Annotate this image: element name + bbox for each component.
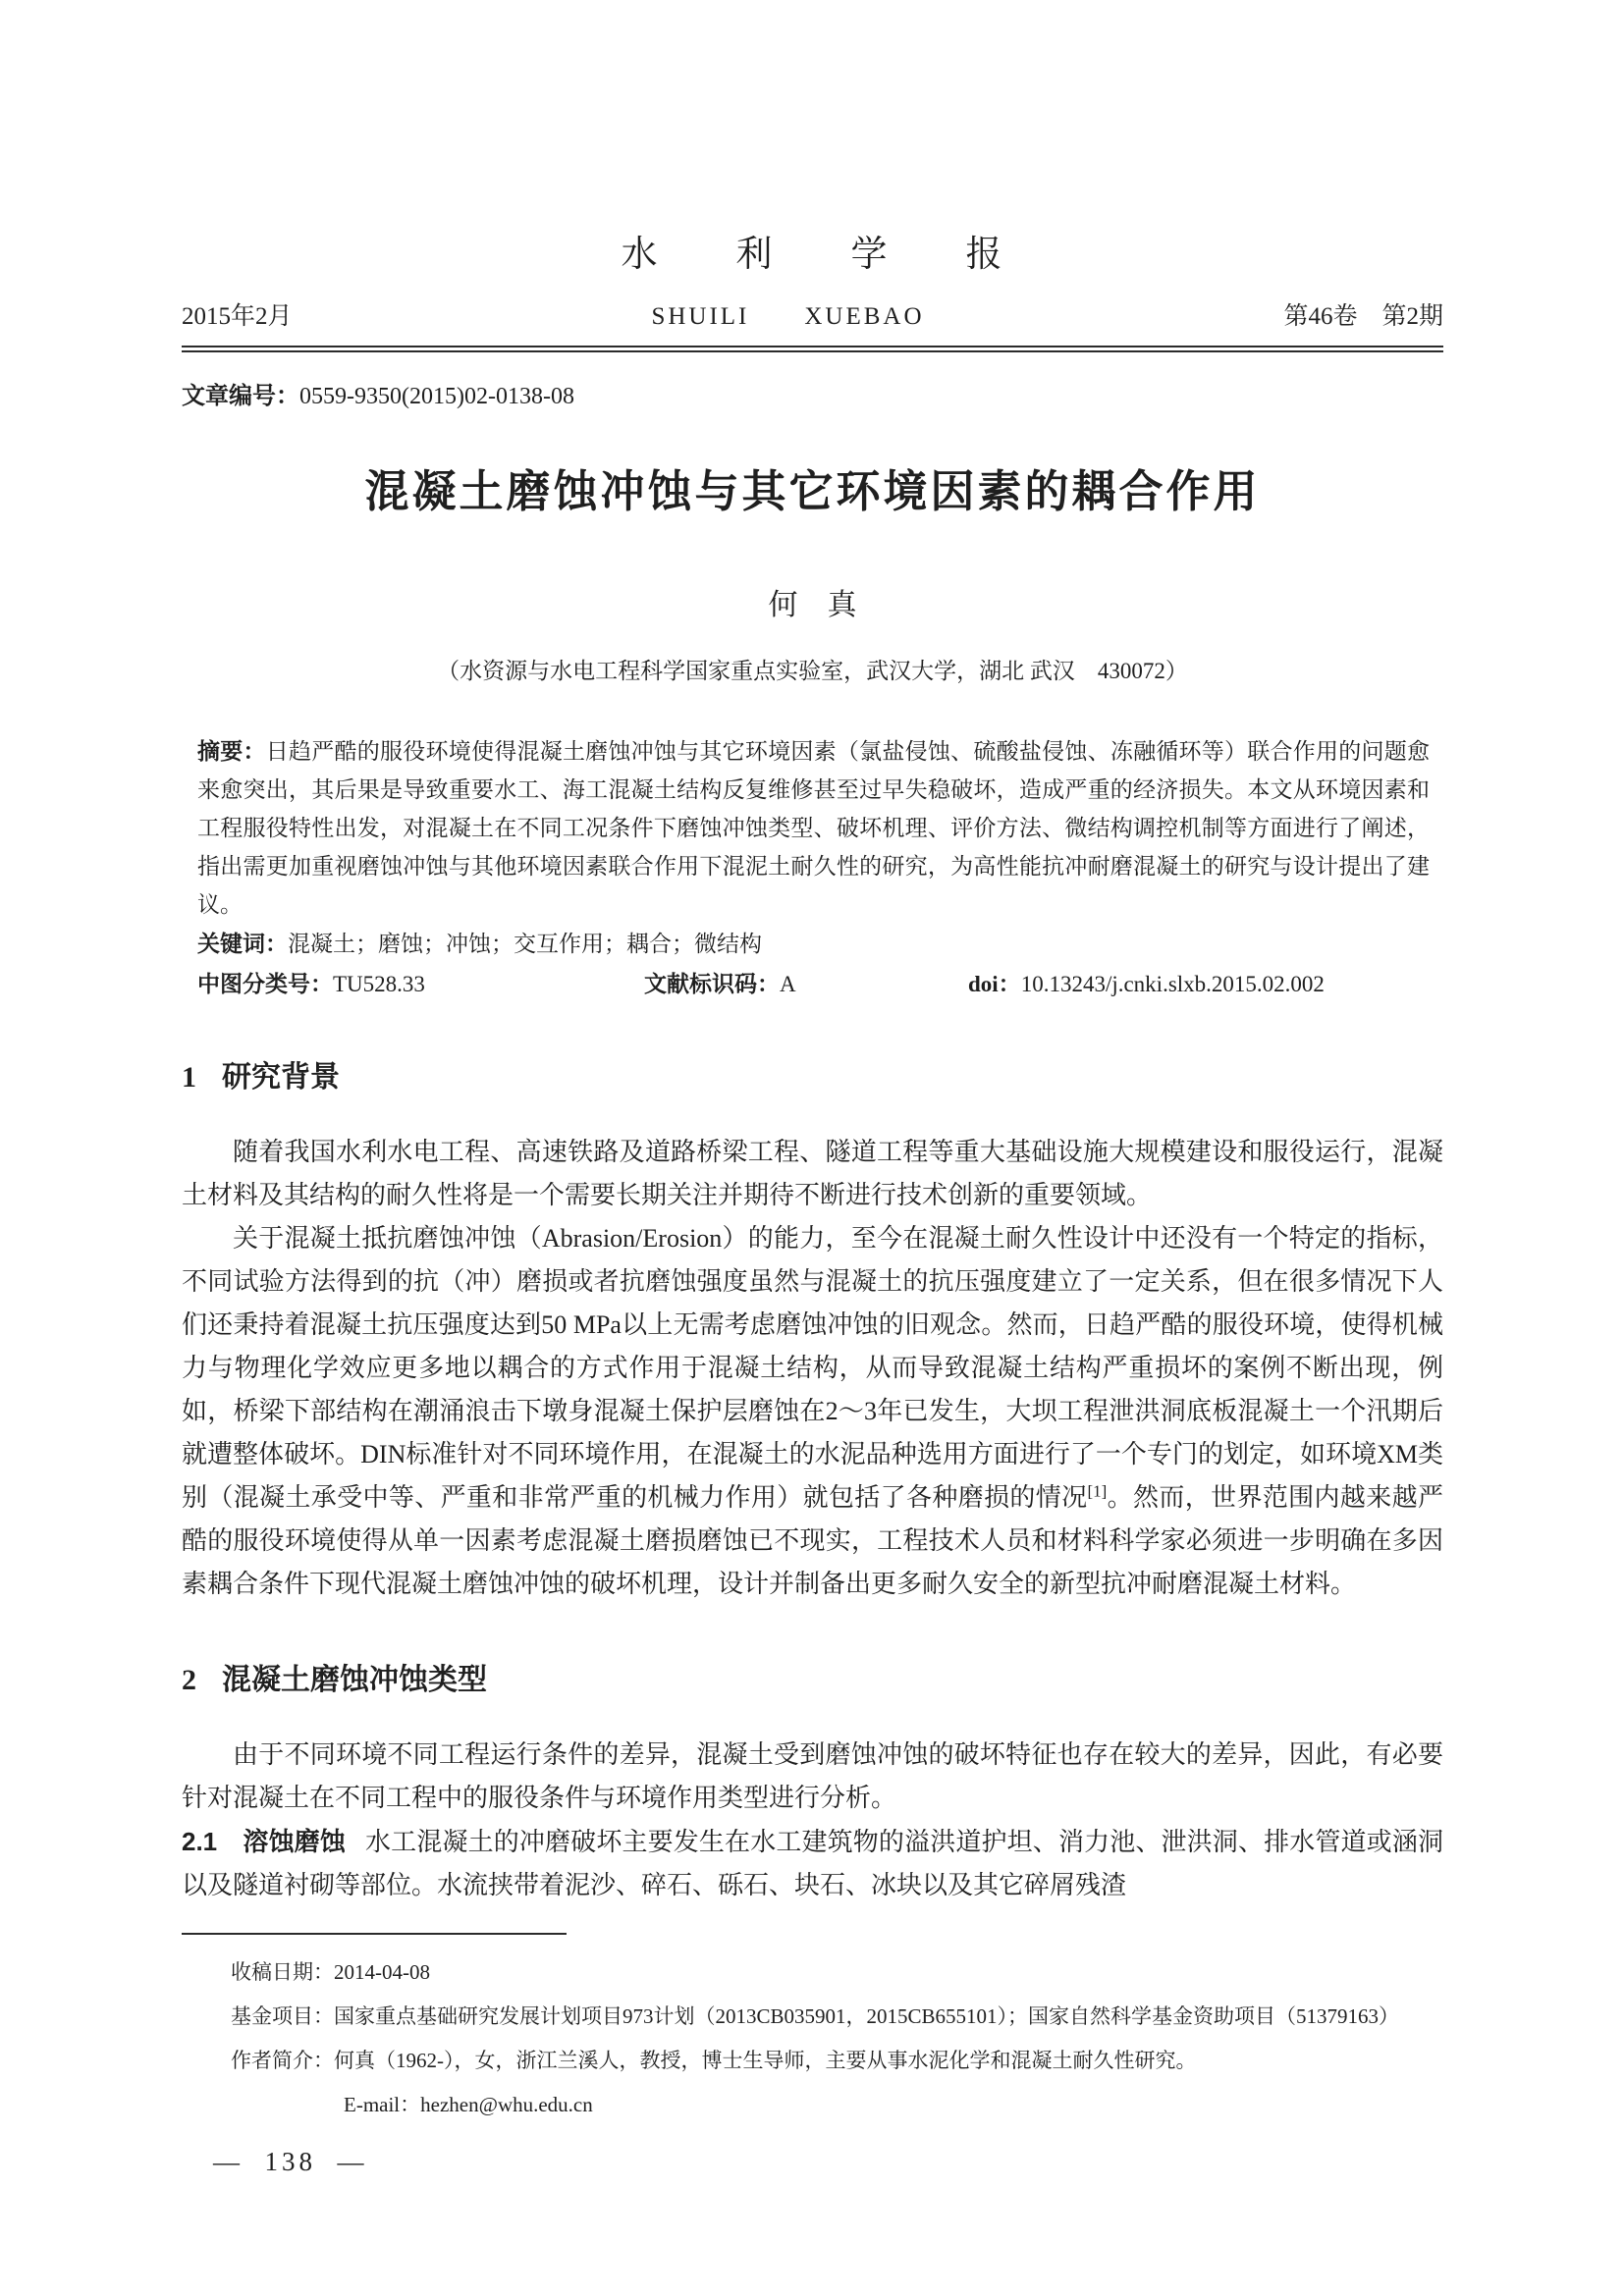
section1-number: 1 xyxy=(182,1061,196,1094)
subsection21-label: 2.1 溶蚀磨蚀 xyxy=(182,1827,346,1856)
article-number-value: 0559-9350(2015)02-0138-08 xyxy=(299,384,574,409)
classification-row: 中图分类号：TU528.33 文献标识码：A doi：10.13243/j.cn… xyxy=(182,965,1443,1003)
abstract-paragraph: 摘要：日趋严酷的服役环境使得混凝土磨蚀冲蚀与其它环境因素（氯盐侵蚀、硫酸盐侵蚀、… xyxy=(182,732,1443,924)
header-divider xyxy=(182,346,1443,352)
page-number: — 138 — xyxy=(182,2147,1443,2177)
article-number-line: 文章编号：0559-9350(2015)02-0138-08 xyxy=(182,376,1443,410)
author-bio-value: 何真（1962-），女，浙江兰溪人，教授，博士生导师，主要从事水泥化学和混凝土耐… xyxy=(334,2049,1197,2072)
section2-heading: 2混凝土磨蚀冲蚀类型 xyxy=(182,1655,1443,1698)
footnote-divider xyxy=(182,1933,567,1935)
author-affiliation: （水资源与水电工程科学国家重点实验室，武汉大学，湖北 武汉 430072） xyxy=(182,653,1443,685)
received-date-line: 收稿日期：2014-04-08 xyxy=(182,1950,1443,1995)
abstract-text: 日趋严酷的服役环境使得混凝土磨蚀冲蚀与其它环境因素（氯盐侵蚀、硫酸盐侵蚀、冻融循… xyxy=(197,739,1430,917)
clc-item: 中图分类号：TU528.33 xyxy=(197,965,644,1003)
section1-paragraph2: 关于混凝土抵抗磨蚀冲蚀（Abrasion/Erosion）的能力，至今在混凝土耐… xyxy=(182,1217,1443,1606)
doc-code-value: A xyxy=(780,972,796,996)
author-bio-line: 作者简介：何真（1962-），女，浙江兰溪人，教授，博士生导师，主要从事水泥化学… xyxy=(182,2039,1443,2083)
section2-title: 混凝土磨蚀冲蚀类型 xyxy=(222,1664,487,1696)
keywords-line: 关键词：混凝土；磨蚀；冲蚀；交互作用；耦合；微结构 xyxy=(182,925,1443,963)
section2-number: 2 xyxy=(182,1664,196,1696)
author-bio-label: 作者简介： xyxy=(231,2049,334,2072)
keywords-text: 混凝土；磨蚀；冲蚀；交互作用；耦合；微结构 xyxy=(288,932,762,956)
volume-issue: 第46卷 第2期 xyxy=(1283,296,1443,332)
subsection21-text: 水工混凝土的冲磨破坏主要发生在水工建筑物的溢洪道护坦、消力池、泄洪洞、排水管道或… xyxy=(182,1828,1443,1899)
email-line: E-mail：hezhen@whu.edu.cn xyxy=(182,2083,1443,2127)
doi-value: 10.13243/j.cnki.slxb.2015.02.002 xyxy=(1021,972,1325,996)
subsection21-paragraph: 2.1 溶蚀磨蚀水工混凝土的冲磨破坏主要发生在水工建筑物的溢洪道护坦、消力池、泄… xyxy=(182,1820,1443,1907)
section1-title: 研究背景 xyxy=(222,1061,340,1094)
journal-masthead-en: SHUILI XUEBAO xyxy=(651,296,924,332)
reference-marker-1: [1] xyxy=(1088,1481,1108,1500)
journal-masthead-cn: 水 利 学 报 xyxy=(182,224,1443,277)
issue-date: 2015年2月 xyxy=(182,296,293,332)
doc-code-item: 文献标识码：A xyxy=(644,965,968,1003)
section1-heading: 1研究背景 xyxy=(182,1052,1443,1095)
received-date-value: 2014-04-08 xyxy=(334,1960,430,1984)
doi-label: doi： xyxy=(968,972,1021,996)
section1-paragraph2-text: 关于混凝土抵抗磨蚀冲蚀（Abrasion/Erosion）的能力，至今在混凝土耐… xyxy=(182,1224,1443,1512)
funding-line: 基金项目：国家重点基础研究发展计划项目973计划（2013CB035901，20… xyxy=(182,1995,1443,2039)
author-name: 何 真 xyxy=(182,580,1443,623)
article-number-label: 文章编号： xyxy=(182,384,299,409)
keywords-label: 关键词： xyxy=(197,932,288,956)
journal-page: 水 利 学 报 2015年2月 SHUILI XUEBAO 第46卷 第2期 文… xyxy=(0,0,1624,2296)
doi-item: doi：10.13243/j.cnki.slxb.2015.02.002 xyxy=(968,965,1325,1003)
page-content: 水 利 学 报 2015年2月 SHUILI XUEBAO 第46卷 第2期 文… xyxy=(0,0,1624,2177)
section2-paragraph1: 由于不同环境不同工程运行条件的差异，混凝土受到磨蚀冲蚀的破坏特征也存在较大的差异… xyxy=(182,1734,1443,1820)
journal-info-row: 2015年2月 SHUILI XUEBAO 第46卷 第2期 xyxy=(182,296,1443,332)
doc-code-label: 文献标识码： xyxy=(644,972,780,996)
funding-value: 国家重点基础研究发展计划项目973计划（2013CB035901，2015CB6… xyxy=(334,2004,1399,2028)
clc-label: 中图分类号： xyxy=(197,972,333,996)
received-date-label: 收稿日期： xyxy=(231,1960,334,1984)
clc-value: TU528.33 xyxy=(333,972,425,996)
section1-paragraph1: 随着我国水利水电工程、高速铁路及道路桥梁工程、隧道工程等重大基础设施大规模建设和… xyxy=(182,1131,1443,1217)
article-title: 混凝土磨蚀冲蚀与其它环境因素的耦合作用 xyxy=(182,455,1443,519)
abstract-label: 摘要： xyxy=(197,739,266,764)
funding-label: 基金项目： xyxy=(231,2004,334,2028)
footnote-area: 收稿日期：2014-04-08 基金项目：国家重点基础研究发展计划项目973计划… xyxy=(182,1933,1443,2127)
